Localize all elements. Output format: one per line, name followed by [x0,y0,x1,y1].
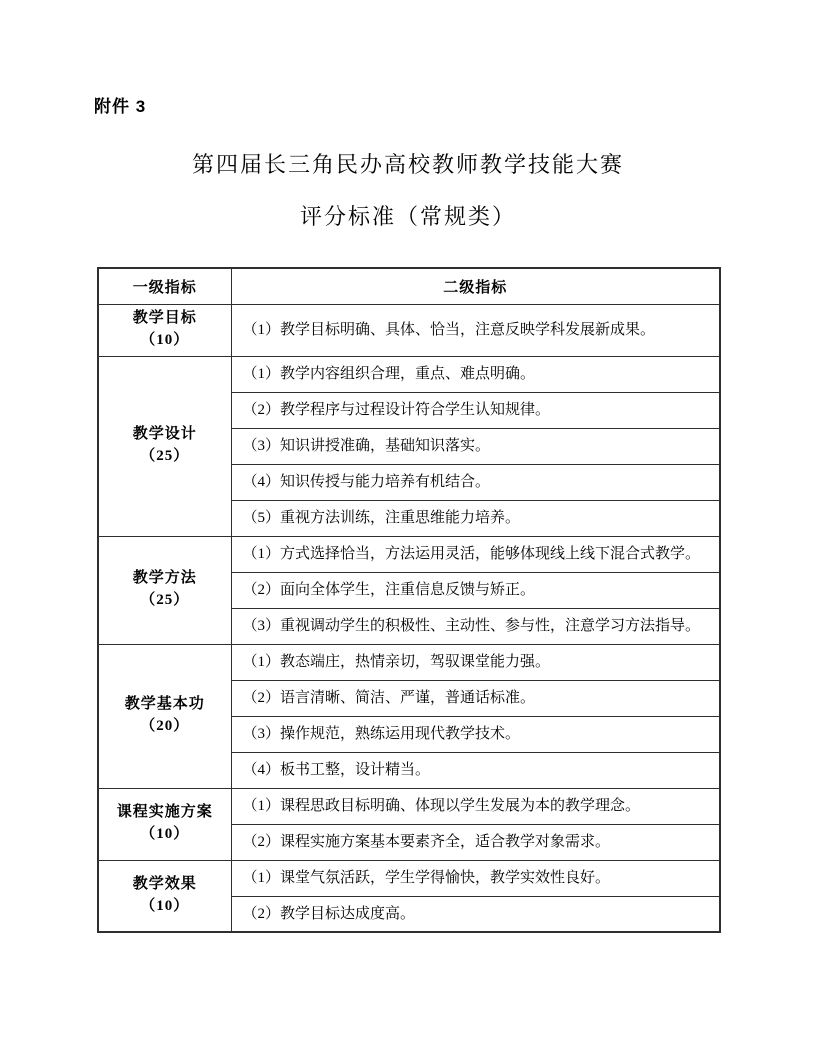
table-row: 课程实施方案（10）（1）课程思政目标明确、体现以学生发展为本的教学理念。 [98,788,720,824]
header-level1-indicator: 一级指标 [98,268,231,304]
indicator-name: 教学方法 [99,568,231,590]
level2-indicator-cell: （4）板书工整，设计精当。 [231,752,720,788]
level1-indicator-cell: 教学基本功（20） [98,644,231,788]
level2-indicator-cell: （2）教学目标达成度高。 [231,896,720,932]
level1-indicator-cell: 教学目标（10） [98,304,231,356]
level2-indicator-cell: （2）面向全体学生，注重信息反馈与矫正。 [231,572,720,608]
indicator-name: 教学基本功 [99,694,231,716]
indicator-name: 教学效果 [99,874,231,896]
indicator-name: 教学目标 [99,308,231,330]
level2-indicator-cell: （5）重视方法训练，注重思维能力培养。 [231,500,720,536]
level2-indicator-cell: （2）语言清晰、简洁、严谨，普通话标准。 [231,680,720,716]
table-row: 教学基本功（20）（1）教态端庄，热情亲切，驾驭课堂能力强。 [98,644,720,680]
indicator-score: （10） [99,330,231,352]
level2-indicator-cell: （1）教学内容组织合理，重点、难点明确。 [231,356,720,392]
document-title-line1: 第四届长三角民办高校教师教学技能大赛 [0,148,816,179]
indicator-score: （25） [99,446,231,468]
level2-indicator-cell: （3）知识讲授准确，基础知识落实。 [231,428,720,464]
level1-indicator-cell: 教学效果（10） [98,860,231,932]
indicator-score: （10） [99,824,231,846]
level2-indicator-cell: （3）操作规范，熟练运用现代教学技术。 [231,716,720,752]
level2-indicator-cell: （2）教学程序与过程设计符合学生认知规律。 [231,392,720,428]
table-header-row: 一级指标 二级指标 [98,268,720,304]
level2-indicator-cell: （1）课程思政目标明确、体现以学生发展为本的教学理念。 [231,788,720,824]
level2-indicator-cell: （1）教态端庄，热情亲切，驾驭课堂能力强。 [231,644,720,680]
level2-indicator-cell: （3）重视调动学生的积极性、主动性、参与性，注意学习方法指导。 [231,608,720,644]
indicator-score: （10） [99,896,231,918]
level2-indicator-cell: （4）知识传授与能力培养有机结合。 [231,464,720,500]
table-row: 教学方法（25）（1）方式选择恰当，方法运用灵活，能够体现线上线下混合式教学。 [98,536,720,572]
level1-indicator-cell: 教学设计（25） [98,356,231,536]
document-page: 附件 3 第四届长三角民办高校教师教学技能大赛 评分标准（常规类） 一级指标 二… [0,0,816,1056]
document-title-line2: 评分标准（常规类） [0,200,816,231]
table-row: 教学效果（10）（1）课堂气氛活跃，学生学得愉快，教学实效性良好。 [98,860,720,896]
level2-indicator-cell: （1）方式选择恰当，方法运用灵活，能够体现线上线下混合式教学。 [231,536,720,572]
attachment-label: 附件 3 [94,92,146,117]
level2-indicator-cell: （1）教学目标明确、具体、恰当，注意反映学科发展新成果。 [231,304,720,356]
scoring-criteria-table: 一级指标 二级指标 教学目标（10）（1）教学目标明确、具体、恰当，注意反映学科… [97,267,721,933]
indicator-score: （20） [99,716,231,738]
table-row: 教学设计（25）（1）教学内容组织合理，重点、难点明确。 [98,356,720,392]
table-row: 教学目标（10）（1）教学目标明确、具体、恰当，注意反映学科发展新成果。 [98,304,720,356]
level2-indicator-cell: （1）课堂气氛活跃，学生学得愉快，教学实效性良好。 [231,860,720,896]
indicator-name: 教学设计 [99,424,231,446]
header-level2-indicator: 二级指标 [231,268,720,304]
indicator-score: （25） [99,590,231,612]
level1-indicator-cell: 教学方法（25） [98,536,231,644]
level2-indicator-cell: （2）课程实施方案基本要素齐全，适合教学对象需求。 [231,824,720,860]
level1-indicator-cell: 课程实施方案（10） [98,788,231,860]
indicator-name: 课程实施方案 [99,802,231,824]
